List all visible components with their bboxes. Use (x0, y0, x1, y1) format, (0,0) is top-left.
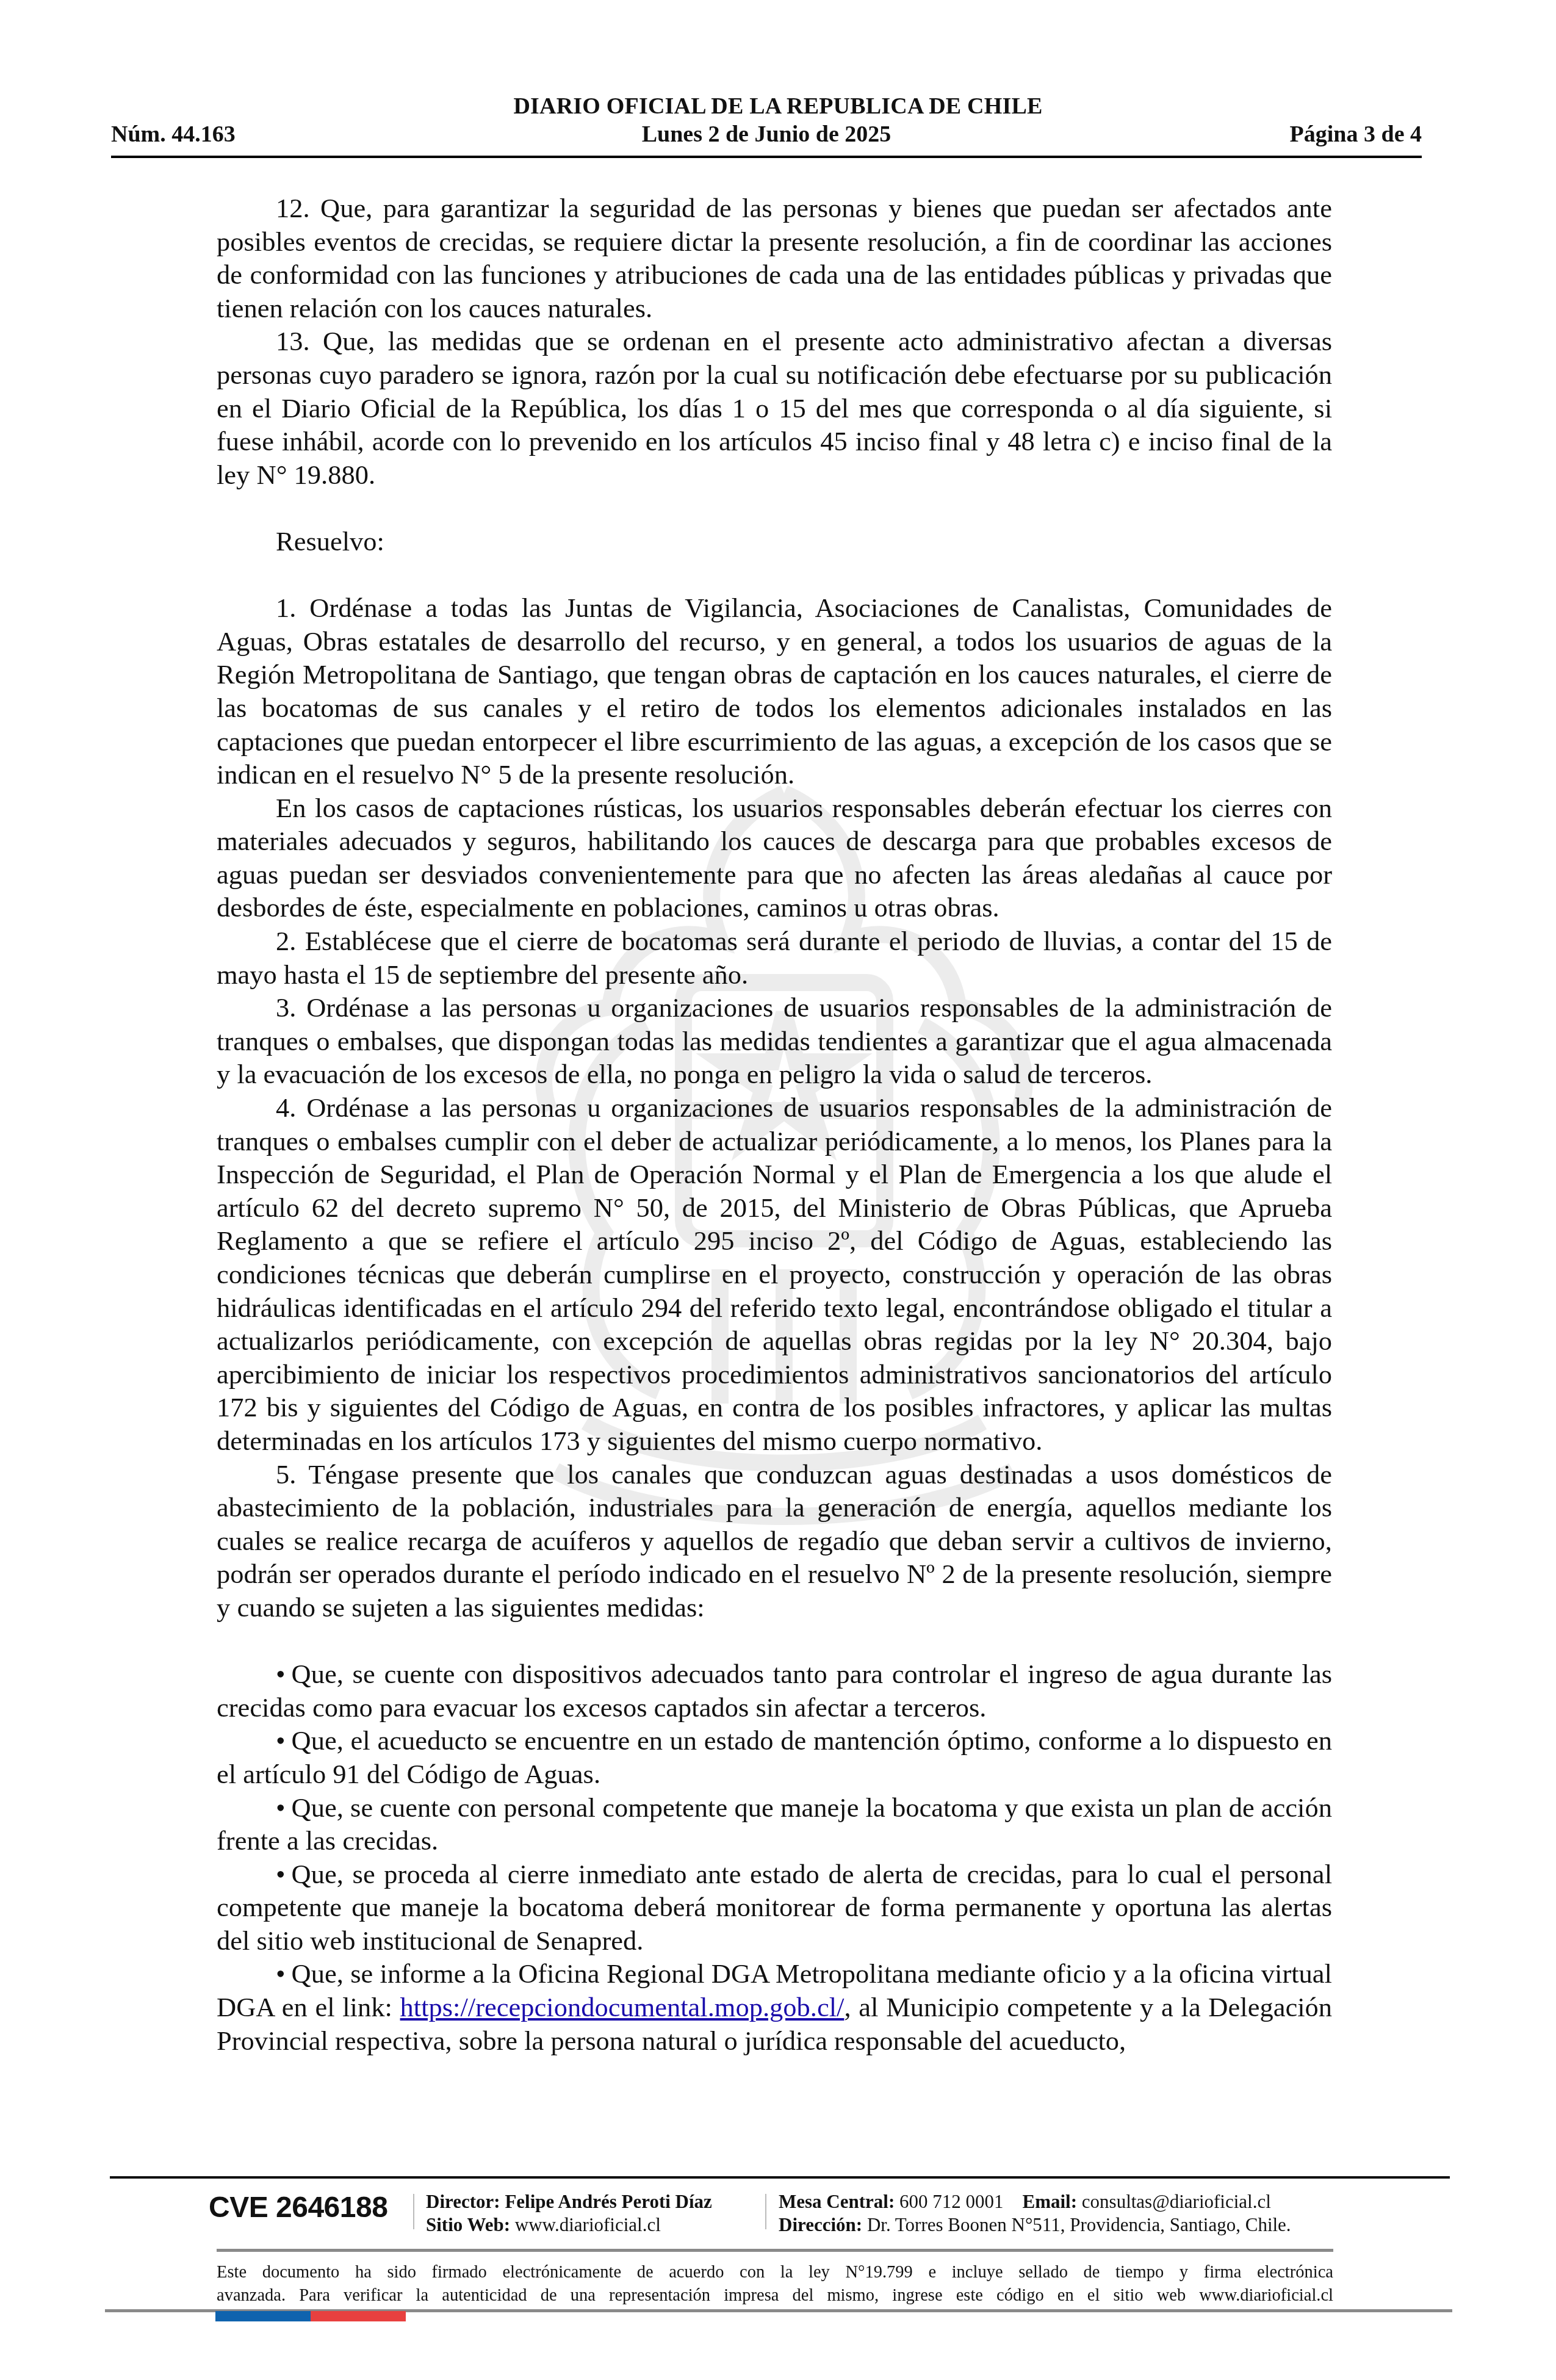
medida-item: •Que, se cuente con personal competente … (217, 1791, 1332, 1858)
footer-separator (413, 2194, 414, 2229)
document-page: DIARIO OFICIAL DE LA REPUBLICA DE CHILE … (0, 0, 1556, 2380)
medida-item: •Que, se proceda al cierre inmediato ant… (217, 1858, 1332, 1958)
electronic-signature-note: Este documento ha sido firmado electróni… (217, 2261, 1333, 2307)
cve-code: CVE 2646188 (209, 2191, 387, 2224)
resuelvo-2: 2. Establécese que el cierre de bocatoma… (217, 925, 1332, 991)
medida-text: Que, se cuente con personal competente q… (217, 1792, 1332, 1856)
footer-middle-rule (217, 2249, 1333, 2252)
bullet-icon: • (276, 1859, 286, 1889)
publication-title: DIARIO OFICIAL DE LA REPUBLICA DE CHILE (0, 93, 1556, 120)
considerando-13: 13. Que, las medidas que se ordenan en e… (217, 325, 1332, 491)
medida-item: •Que, se cuente con dispositivos adecuad… (217, 1657, 1332, 1724)
footer-separator (765, 2194, 766, 2229)
resuelvo-5: 5. Téngase presente que los canales que … (217, 1458, 1332, 1625)
footer-top-rule (110, 2176, 1450, 2179)
issue-date: Lunes 2 de Junio de 2025 (111, 121, 1422, 148)
bullet-icon: • (276, 1958, 286, 1989)
phone-number: 600 712 0001 (899, 2191, 1004, 2212)
recepcion-documental-link[interactable]: https://recepciondocumental.mop.gob.cl/ (400, 1992, 845, 2022)
resuelvo-3: 3. Ordénase a las personas u organizacio… (217, 991, 1332, 1091)
footer-director-block: Director: Felipe Andrés Peroti Díaz Siti… (426, 2190, 712, 2237)
medida-item: •Que, el acueducto se encuentre en un es… (217, 1724, 1332, 1790)
header-rule (111, 156, 1422, 158)
email-address[interactable]: consultas@diarioficial.cl (1082, 2191, 1271, 2212)
page-number: Página 3 de 4 (1290, 121, 1422, 148)
email-label: Email: (1023, 2191, 1078, 2212)
website-link[interactable]: www.diarioficial.cl (515, 2214, 661, 2235)
resuelvo-4: 4. Ordénase a las personas u organizacio… (217, 1091, 1332, 1458)
flag-stripe-blue (215, 2311, 311, 2321)
resuelvo-1: 1. Ordénase a todas las Juntas de Vigila… (217, 591, 1332, 792)
bullet-icon: • (276, 1659, 286, 1689)
document-body: 12. Que, para garantizar la seguridad de… (217, 192, 1332, 2057)
note-line-2: avanzada. Para verificar la autenticidad… (217, 2284, 1333, 2307)
header-row: Núm. 44.163 Lunes 2 de Junio de 2025 Pág… (111, 121, 1422, 148)
considerando-12: 12. Que, para garantizar la seguridad de… (217, 192, 1332, 325)
resuelvo-1-rustic: En los casos de captaciones rústicas, lo… (217, 792, 1332, 925)
flag-stripe-red (311, 2311, 406, 2321)
address-label: Dirección: (779, 2214, 862, 2235)
footer-contact-block: Mesa Central: 600 712 0001 Email: consul… (779, 2190, 1291, 2237)
phone-label: Mesa Central: (779, 2191, 895, 2212)
medida-item-informe: •Que, se informe a la Oficina Regional D… (217, 1957, 1332, 2057)
bullet-icon: • (276, 1792, 286, 1823)
note-line-1: Este documento ha sido firmado electróni… (217, 2261, 1333, 2284)
resuelvo-heading: Resuelvo: (217, 525, 1332, 558)
director-name: Felipe Andrés Peroti Díaz (505, 2191, 712, 2212)
medida-text: Que, el acueducto se encuentre en un est… (217, 1725, 1332, 1789)
bullet-icon: • (276, 1725, 286, 1756)
address-text: Dr. Torres Boonen N°511, Providencia, Sa… (867, 2214, 1291, 2235)
medida-text: Que, se cuente con dispositivos adecuado… (217, 1659, 1332, 1723)
director-label: Director: (426, 2191, 500, 2212)
medida-text: Que, se proceda al cierre inmediato ante… (217, 1859, 1332, 1956)
website-label: Sitio Web: (426, 2214, 510, 2235)
